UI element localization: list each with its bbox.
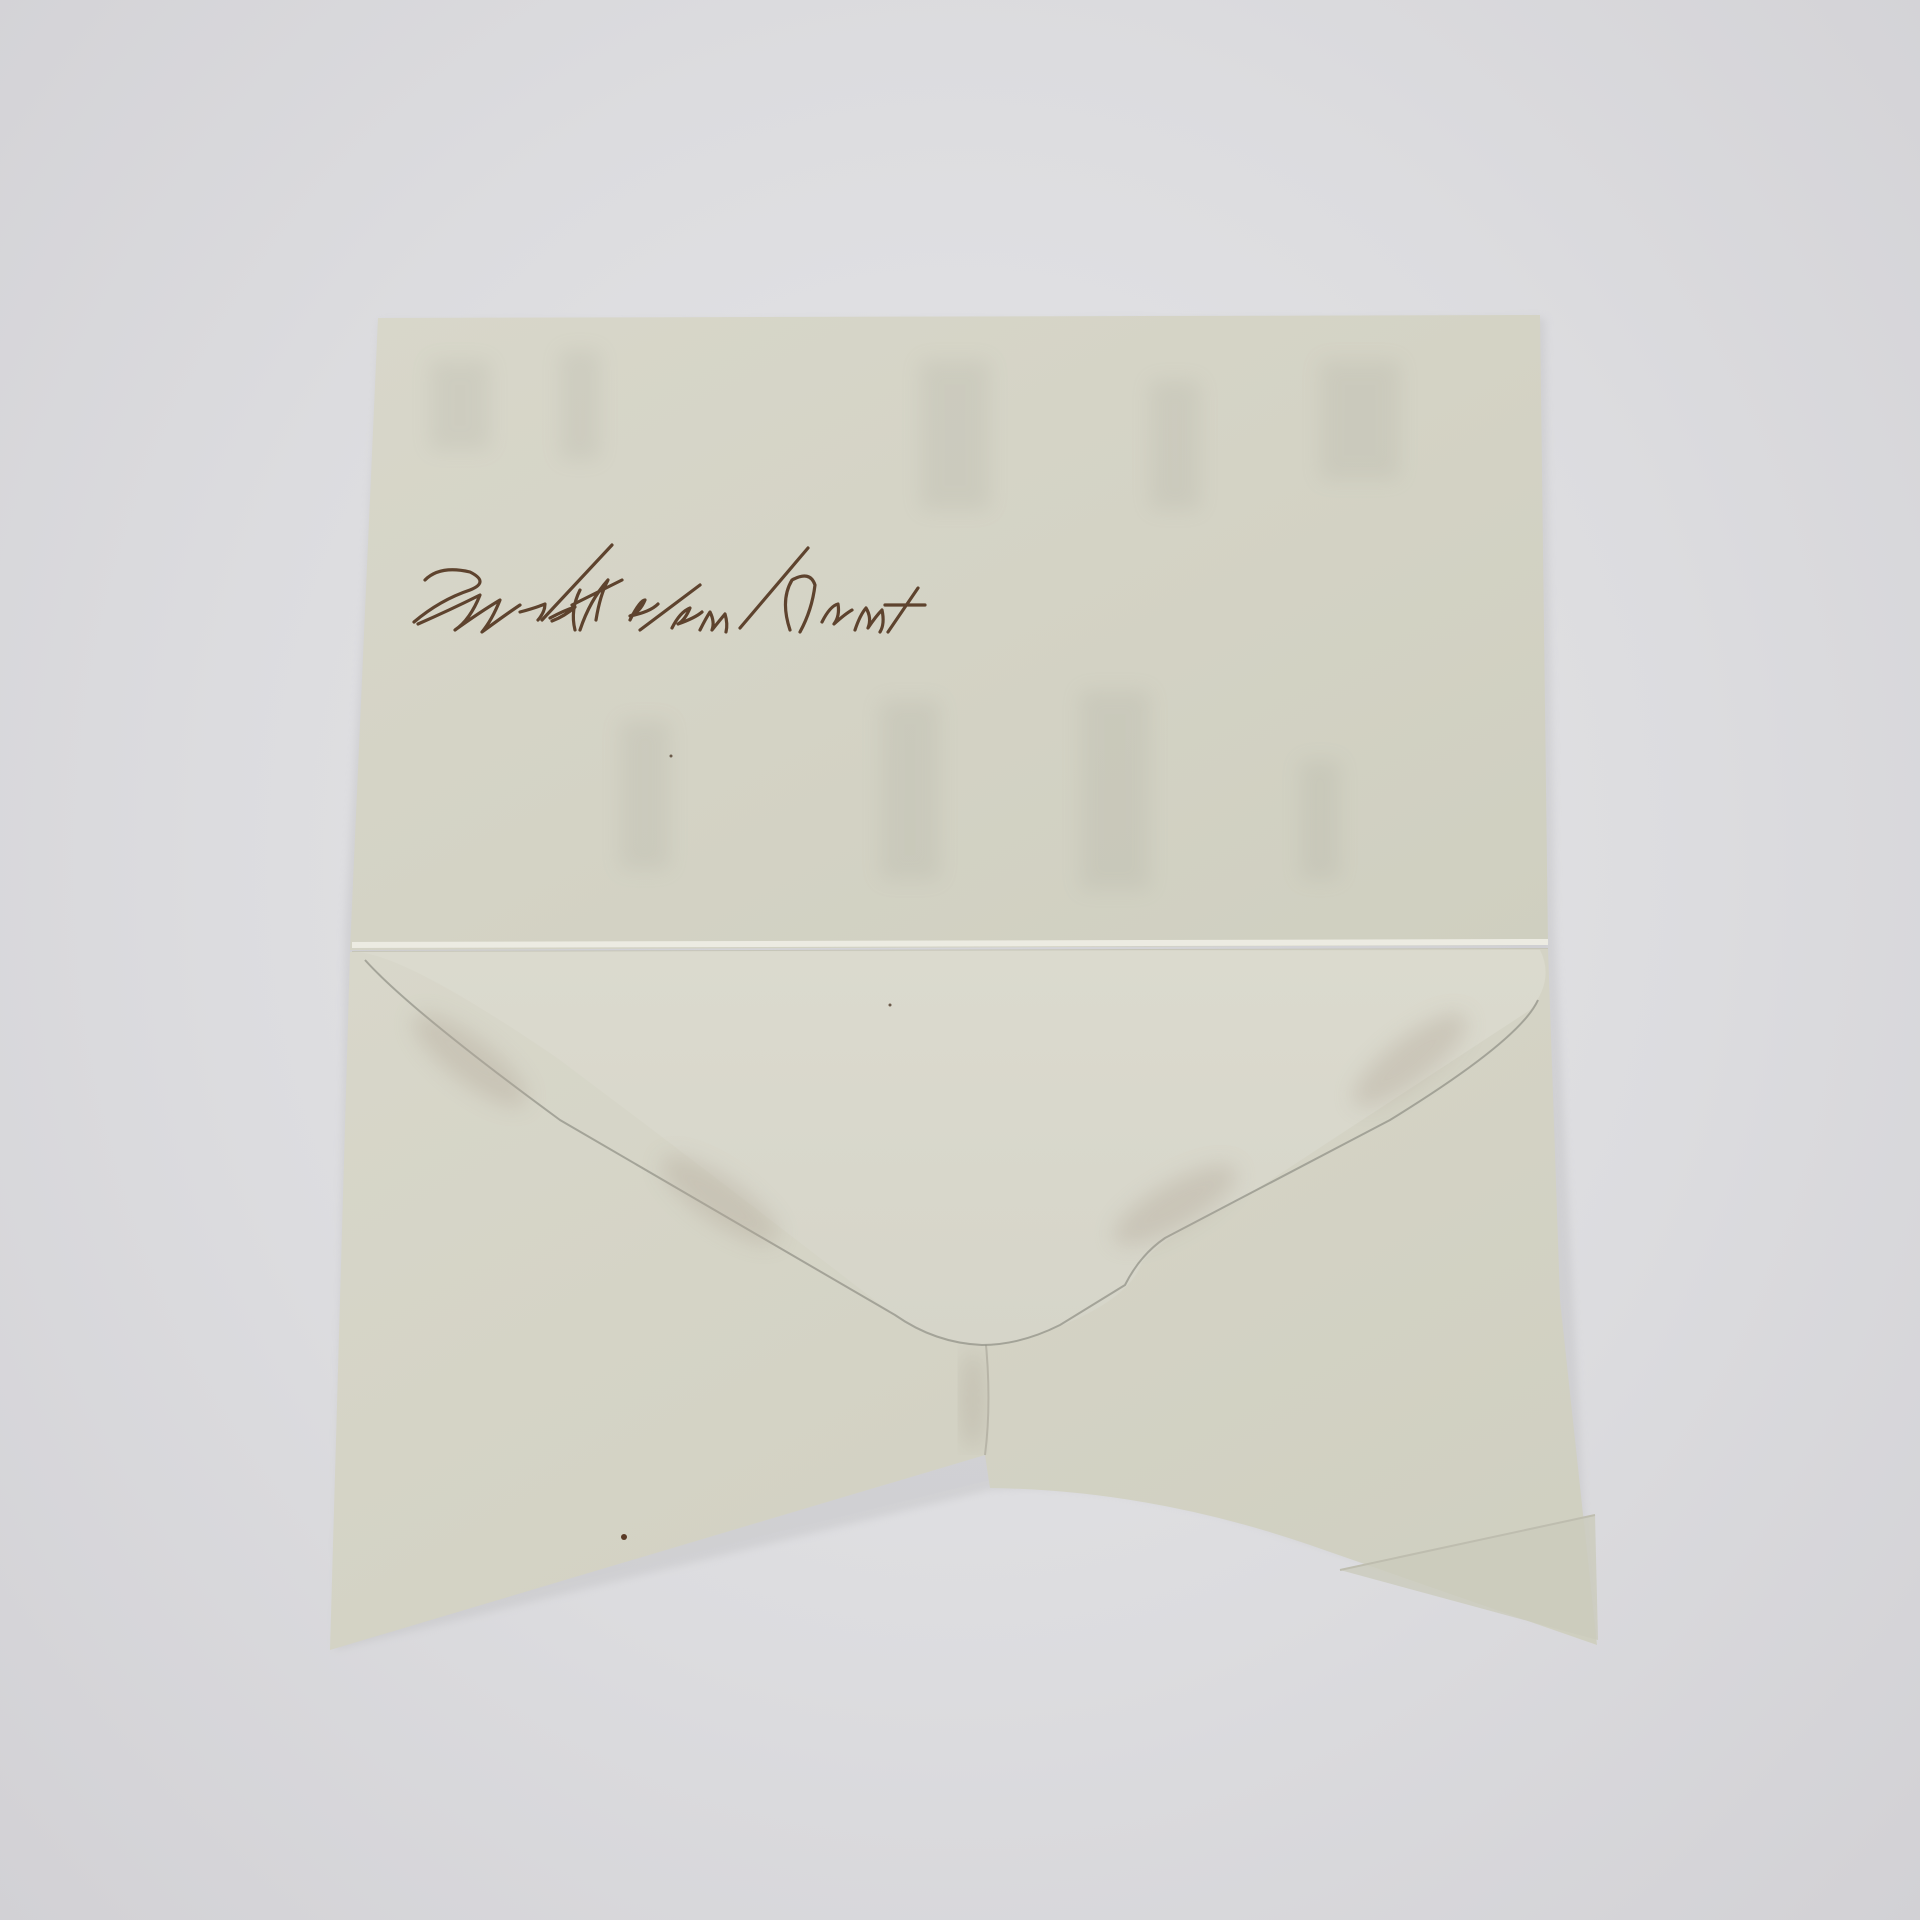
paper-speck [670, 755, 673, 758]
fold-crease [352, 942, 1548, 945]
paper-speck [621, 1534, 627, 1540]
paper-speck [889, 1004, 892, 1007]
envelope-photo [0, 0, 1920, 1920]
seam-glue-stain [959, 1350, 987, 1450]
